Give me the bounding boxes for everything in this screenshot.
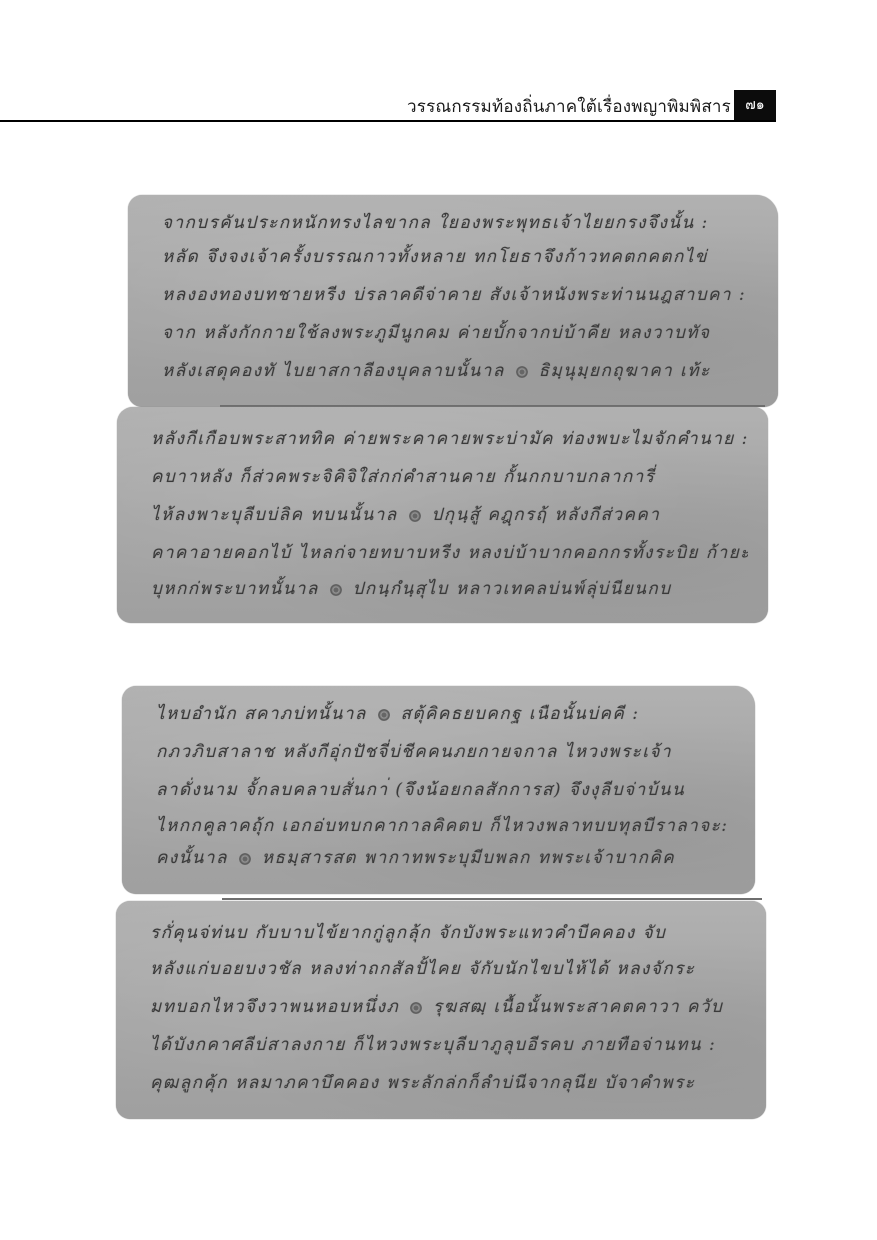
manuscript-text: รุฆสฒฺ เนื้อนั้นพระสาคตคาวา ควับ xyxy=(433,997,723,1017)
manuscript-line: ได้บังกคาศลีบ่สาลงกาย ก็ไหวงพระบุลีบาภูล… xyxy=(150,1031,746,1059)
manuscript-text: คงนั้นาล xyxy=(156,848,228,868)
manuscript-line: หลงองทองบทชายหรีง บ่รลาคดีจ่าคาย สังเจ้า… xyxy=(162,281,758,309)
manuscript-text: ไห้ลงพาะบุลีบบ่ลิค ทบนนั้นาล xyxy=(151,505,398,525)
manuscript-line: กภวภิบสาลาช หลังกีอุ่กปัชจี่บ่ชีคคนภยกาย… xyxy=(156,738,735,766)
manuscript-text: ปกนฺกํนฺสุไบ หลาวเทคลบ่นพ์ลุ่บ่นียนกบ xyxy=(353,579,672,599)
manuscript-line: มทบอกไหวจึงวาพนหอบหนึ่งภ รุฆสฒฺ เนื้อนั้… xyxy=(150,993,746,1021)
manuscript-line: ไห้ลงพาะบุลีบบ่ลิค ทบนนั้นาล ปกุนฺสู้ คฎ… xyxy=(151,501,748,529)
manuscript-text: สตุ้คิคธยบคกฐ เนือนั้นบ่คคี : xyxy=(401,704,640,724)
punctuation-circle-icon xyxy=(330,584,342,596)
manuscript-line: หลังกีเกือบพระสาททิค ค่ายพระคาคายพระบ่าม… xyxy=(151,425,748,453)
punctuation-circle-icon xyxy=(409,510,421,522)
manuscript-line: จากบรคันประกหนักทรงไลขากล ใยองพระพุทธเจ้… xyxy=(162,209,758,237)
manuscript-line: ไหกกคูลาคถุ้ก เอกอ่บทบกคากาลคิคตบ ก็ไหวง… xyxy=(156,812,735,840)
manuscript-text: ธิมฺนุมฺยกถุฆาคา เท้ะ xyxy=(539,361,711,381)
punctuation-circle-icon xyxy=(516,366,528,378)
palm-leaf-bottom: รกั่คุนจ่ท่นบ กับบาบไข้ยากกู่ลูกลุ้ก จัก… xyxy=(116,901,766,1119)
manuscript-text: หลังเสดุคองทั ไบยาสกาลีองบุคลาบนั้นาล xyxy=(162,361,505,381)
manuscript-text: ไหบอำนัก สคาภบ่ทนั้นาล xyxy=(156,704,367,724)
running-header: วรรณกรรมท้องถิ่นภาคใต้เรื่องพญาพิมพิสาร … xyxy=(0,90,877,126)
page-number-badge: ๗๑ xyxy=(734,90,776,120)
manuscript-line: ไหบอำนัก สคาภบ่ทนั้นาล สตุ้คิคธยบคกฐ เนื… xyxy=(156,700,735,728)
manuscript-line: จาก หลังกักกายใช้ลงพระภูมีนูกคม ค่ายบั้ก… xyxy=(162,319,758,347)
manuscript-line: หลัด จึงจงเจ้าครั้งบรรณกาวทั้งหลาย ทกโยธ… xyxy=(162,243,758,271)
manuscript-text: หธมฺสารสต พากาทพระบุมีบพลก ทพระเจ้าบากคิ… xyxy=(262,848,675,868)
manuscript-line: คุฒลูกคุ้ก หลมาภคาบึคคอง พระลักล่กก็ลำบ่… xyxy=(150,1069,746,1097)
palm-leaf-top: ไหบอำนัก สคาภบ่ทนั้นาล สตุ้คิคธยบคกฐ เนื… xyxy=(122,686,755,894)
palm-leaf-bottom: หลังกีเกือบพระสาททิค ค่ายพระคาคายพระบ่าม… xyxy=(117,407,768,623)
manuscript-text: บุหกก่พระบาทนั้นาล xyxy=(151,579,319,599)
manuscript-line: หลังแก่บอยบงวชัล หลงท่าถกสัลปั้ไคย จักับ… xyxy=(150,955,746,983)
punctuation-circle-icon xyxy=(378,709,390,721)
header-rule xyxy=(0,120,776,122)
manuscript-line: คบาาหลัง ก็ส่วคพระจิคิจิใส่กก่คำสานคาย ก… xyxy=(151,463,748,491)
palm-leaf-top: จากบรคันประกหนักทรงไลขากล ใยองพระพุทธเจ้… xyxy=(128,195,778,407)
manuscript-line: ลาดั่งนาม จั้กลบคลาบสั่นกา่ (จึงน้อยกลสั… xyxy=(156,776,735,804)
manuscript-line: หลังเสดุคองทั ไบยาสกาลีองบุคลาบนั้นาล ธิ… xyxy=(162,357,758,385)
manuscript-line: คงนั้นาล หธมฺสารสต พากาทพระบุมีบพลก ทพระ… xyxy=(156,844,735,872)
leaf-seam xyxy=(222,898,762,900)
manuscript-text: มทบอกไหวจึงวาพนหอบหนึ่งภ xyxy=(150,997,399,1017)
manuscript-text: ปกุนฺสู้ คฎฺกรฤ้ หลังกีส่วคคา xyxy=(431,505,660,525)
manuscript-line: คาคาอายคอกไบ้ ไหลก่จายทบาบหรีง หลงบ่บ้าบ… xyxy=(151,539,748,567)
running-header-title: วรรณกรรมท้องถิ่นภาคใต้เรื่องพญาพิมพิสาร xyxy=(407,93,731,120)
punctuation-circle-icon xyxy=(239,853,251,865)
manuscript-line: บุหกก่พระบาทนั้นาล ปกนฺกํนฺสุไบ หลาวเทคล… xyxy=(151,575,748,603)
manuscript-line: รกั่คุนจ่ท่นบ กับบาบไข้ยากกู่ลูกลุ้ก จัก… xyxy=(150,919,746,947)
punctuation-circle-icon xyxy=(410,1002,422,1014)
